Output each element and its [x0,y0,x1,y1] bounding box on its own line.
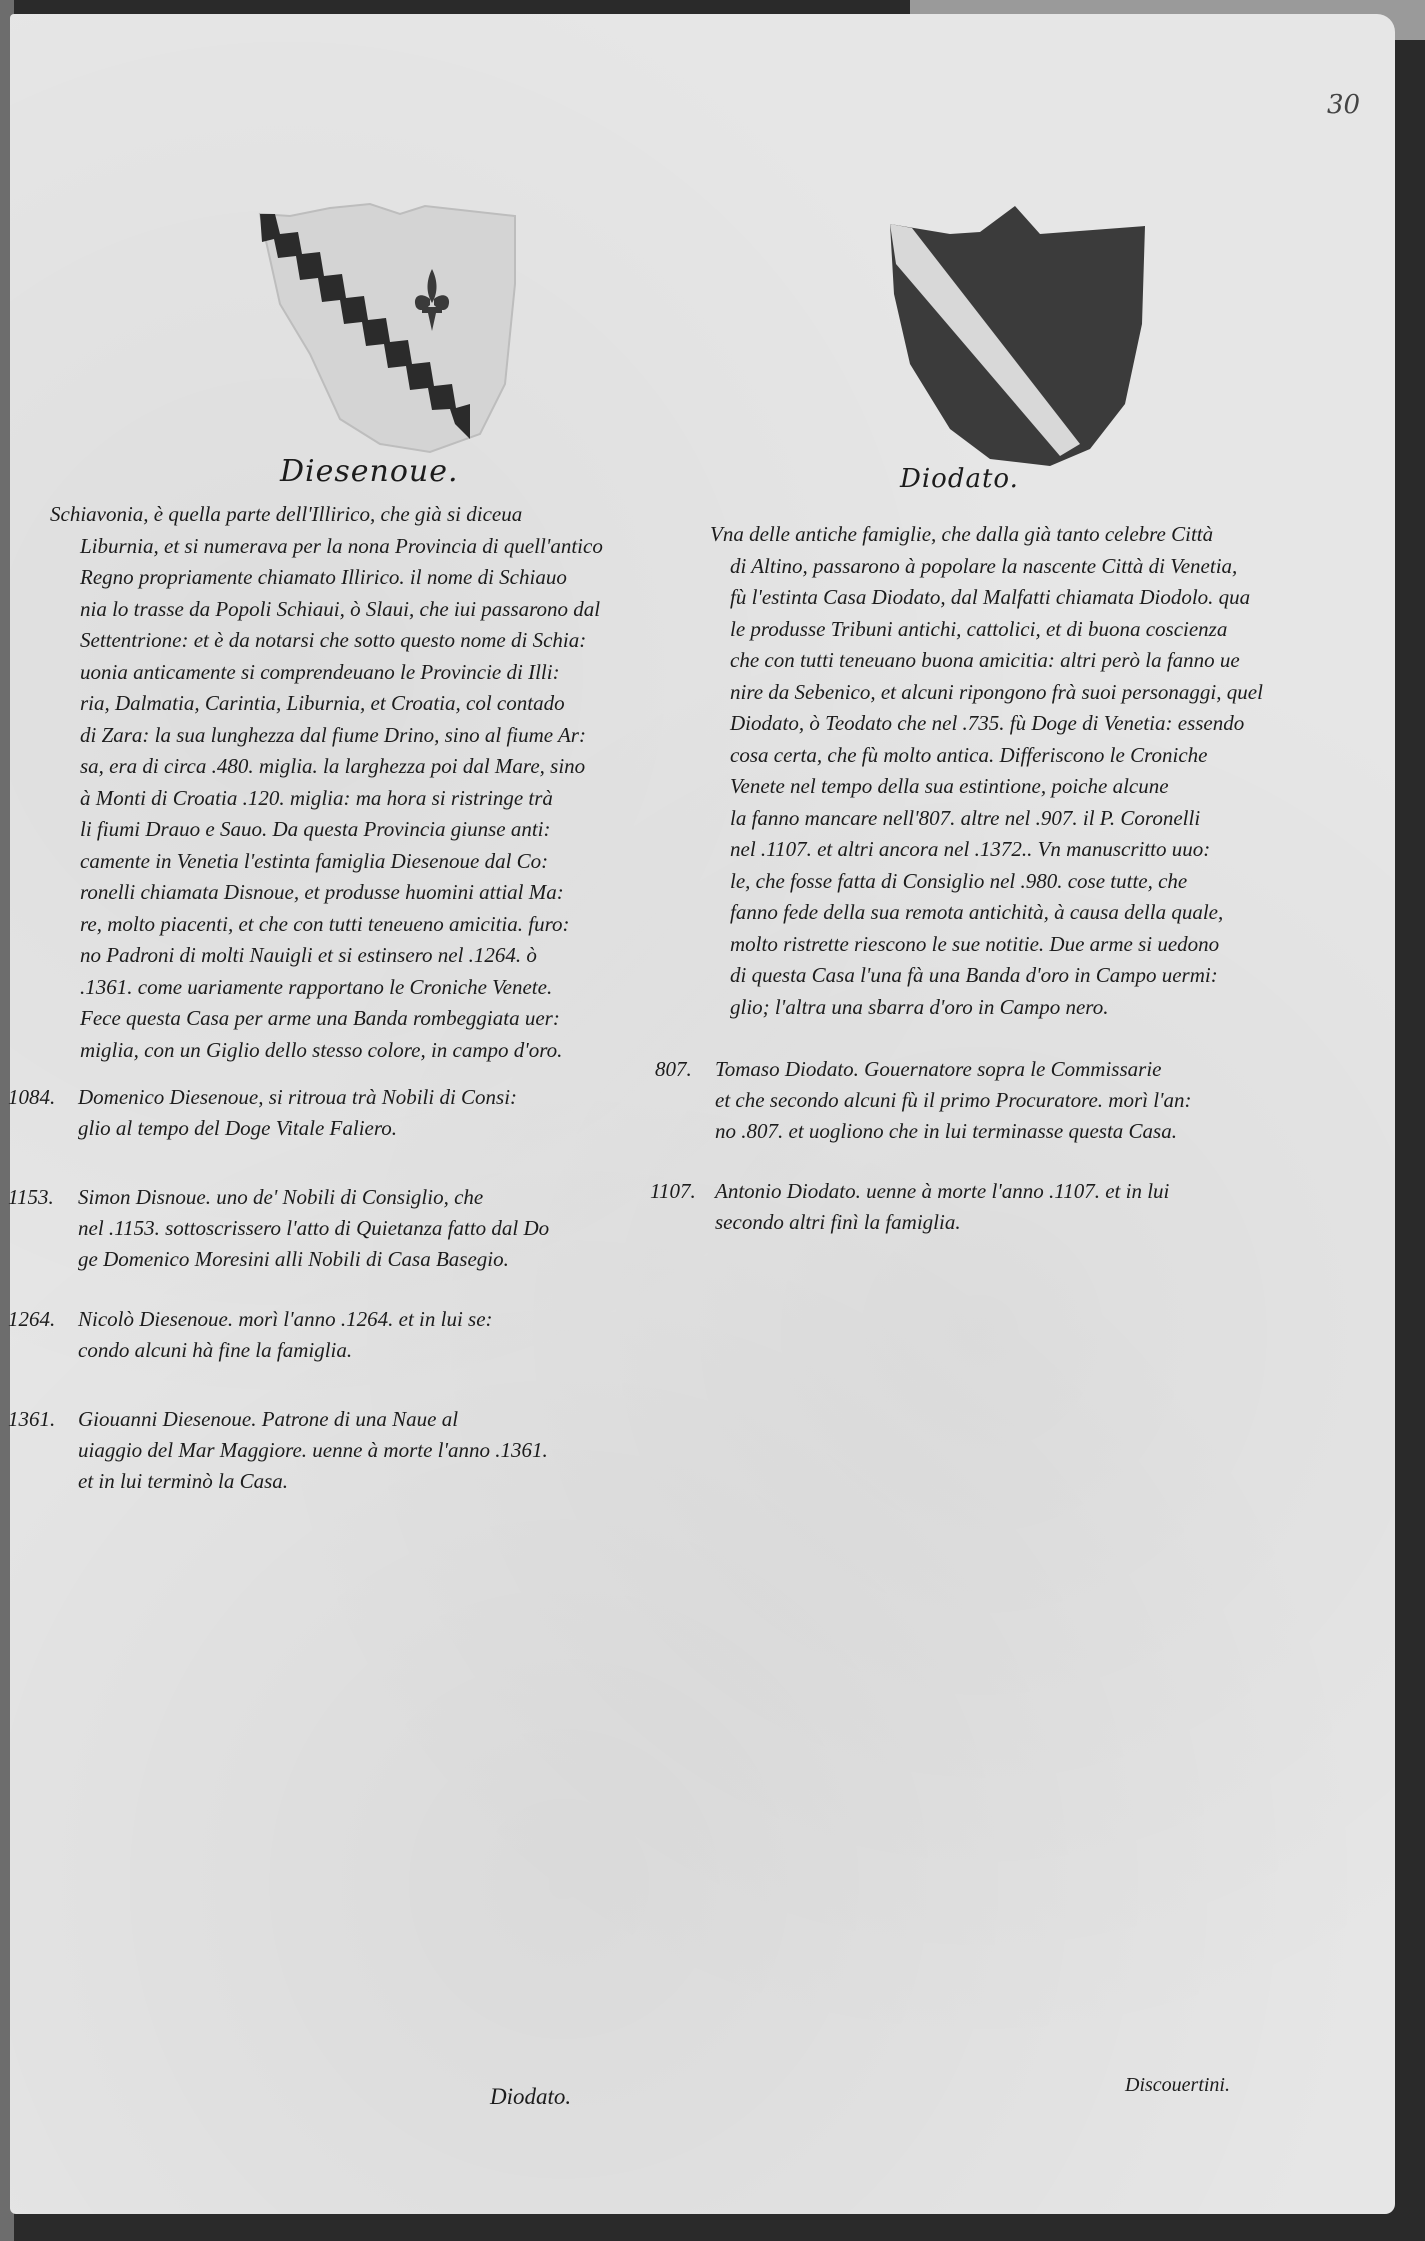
entry-text: et in lui terminò la Casa. [8,1466,668,1497]
intro-line: camente in Venetia l'estinta famiglia Di… [50,846,670,878]
intro-line: à Monti di Croatia .120. miglia: ma hora… [50,783,670,815]
intro-line: Diodato, ò Teodato che nel .735. fù Doge… [710,708,1350,740]
entry-text: glio al tempo del Doge Vitale Faliero. [8,1113,668,1144]
intro-line: li fiumi Drauo e Sauo. Da questa Provinc… [50,814,670,846]
folio-number: 30 [1327,90,1360,120]
intro-line: le produsse Tribuni antichi, cattolici, … [710,614,1350,646]
catchword-left: Diodato. [490,2084,571,2110]
entry-text: et che secondo alcuni fù il primo Procur… [655,1085,1355,1116]
diesenoue-entry-1264: 1264.Nicolò Diesenoue. morì l'anno .1264… [8,1304,668,1366]
intro-line: re, molto piacenti, et che con tutti ten… [50,909,670,941]
entry-text: ge Domenico Moresini alli Nobili di Casa… [8,1244,668,1275]
intro-line: glio; l'altra una sbarra d'oro in Campo … [710,992,1350,1024]
diesenoue-entry-1153: 1153.Simon Disnoue. uno de' Nobili di Co… [8,1182,668,1275]
diesenoue-entry-1084: 1084.Domenico Diesenoue, si ritroua trà … [8,1082,668,1144]
family-title-diodato: Diodato. [900,464,1019,494]
intro-line: la fanno mancare nell'807. altre nel .90… [710,803,1350,835]
diodato-entry-807: 807.Tomaso Diodato. Gouernatore sopra le… [655,1054,1355,1147]
catchword-right: Discouertini. [1125,2074,1230,2097]
entry-year: 1264. [8,1304,78,1335]
intro-line: ronelli chiamata Disnoue, et produsse hu… [50,877,670,909]
entry-text: uiaggio del Mar Maggiore. uenne à morte … [8,1435,668,1466]
entry-text: nel .1153. sottoscrissero l'atto di Quie… [8,1213,668,1244]
entry-text: Antonio Diodato. uenne à morte l'anno .1… [715,1179,1169,1203]
diodato-entry-1107: 1107.Antonio Diodato. uenne à morte l'an… [650,1176,1350,1238]
diodato-coat-of-arms-icon [880,204,1150,474]
intro-line: di questa Casa l'una fà una Banda d'oro … [710,960,1350,992]
intro-line: Settentrione: et è da notarsi che sotto … [50,625,670,657]
intro-line: di Zara: la sua lunghezza dal fiume Drin… [50,720,670,752]
entry-text: Simon Disnoue. uno de' Nobili di Consigl… [78,1185,483,1209]
intro-line: nire da Sebenico, et alcuni ripongono fr… [710,677,1350,709]
intro-line: di Altino, passarono à popolare la nasce… [710,551,1350,583]
entry-year: 1107. [650,1176,715,1207]
intro-line: uonia anticamente si comprendeuano le Pr… [50,657,670,689]
entry-text: Tomaso Diodato. Gouernatore sopra le Com… [715,1057,1161,1081]
diesenoue-entry-1361: 1361.Giouanni Diesenoue. Patrone di una … [8,1404,668,1497]
intro-line: che con tutti teneuano buona amicitia: a… [710,645,1350,677]
intro-line: sa, era di circa .480. miglia. la larghe… [50,751,670,783]
intro-line: .1361. come uariamente rapportano le Cro… [50,972,670,1004]
entry-year: 1361. [8,1404,78,1435]
intro-line: nel .1107. et altri ancora nel .1372.. V… [710,834,1350,866]
entry-text: no .807. et uogliono che in lui terminas… [655,1116,1355,1147]
intro-line: ria, Dalmatia, Carintia, Liburnia, et Cr… [50,688,670,720]
intro-line: Liburnia, et si numerava per la nona Pro… [50,531,670,563]
entry-text: secondo altri finì la famiglia. [650,1207,1350,1238]
intro-line: fanno fede della sua remota antichità, à… [710,897,1350,929]
intro-line: fù l'estinta Casa Diodato, dal Malfatti … [710,582,1350,614]
entry-year: 1084. [8,1082,78,1113]
diesenoue-intro-paragraph: Schiavonia, è quella parte dell'Illirico… [50,499,670,1066]
diodato-intro-paragraph: Vna delle antiche famiglie, che dalla gi… [710,519,1350,1023]
intro-line: Venete nel tempo della sua estintione, p… [710,771,1350,803]
manuscript-page: 30 Diesenoue. Diodato. Schiavonia, è que… [10,14,1395,2214]
intro-line: Schiavonia, è quella parte dell'Illirico… [50,499,670,531]
intro-line: Vna delle antiche famiglie, che dalla gi… [710,519,1350,551]
intro-line: Fece questa Casa per arme una Banda romb… [50,1003,670,1035]
intro-line: le, che fosse fatta di Consiglio nel .98… [710,866,1350,898]
diesenoue-coat-of-arms-icon [250,194,520,454]
intro-line: Regno propriamente chiamato Illirico. il… [50,562,670,594]
entry-text: condo alcuni hà fine la famiglia. [8,1335,668,1366]
entry-text: Nicolò Diesenoue. morì l'anno .1264. et … [78,1307,493,1331]
intro-line: nia lo trasse da Popoli Schiaui, ò Slaui… [50,594,670,626]
entry-text: Domenico Diesenoue, si ritroua trà Nobil… [78,1085,517,1109]
entry-year: 807. [655,1054,715,1085]
intro-line: molto ristrette riescono le sue notitie.… [710,929,1350,961]
entry-text: Giouanni Diesenoue. Patrone di una Naue … [78,1407,458,1431]
intro-line: miglia, con un Giglio dello stesso color… [50,1035,670,1067]
intro-line: cosa certa, che fù molto antica. Differi… [710,740,1350,772]
family-title-diesenoue: Diesenoue. [280,454,459,489]
entry-year: 1153. [8,1182,78,1213]
intro-line: no Padroni di molti Nauigli et si estins… [50,940,670,972]
